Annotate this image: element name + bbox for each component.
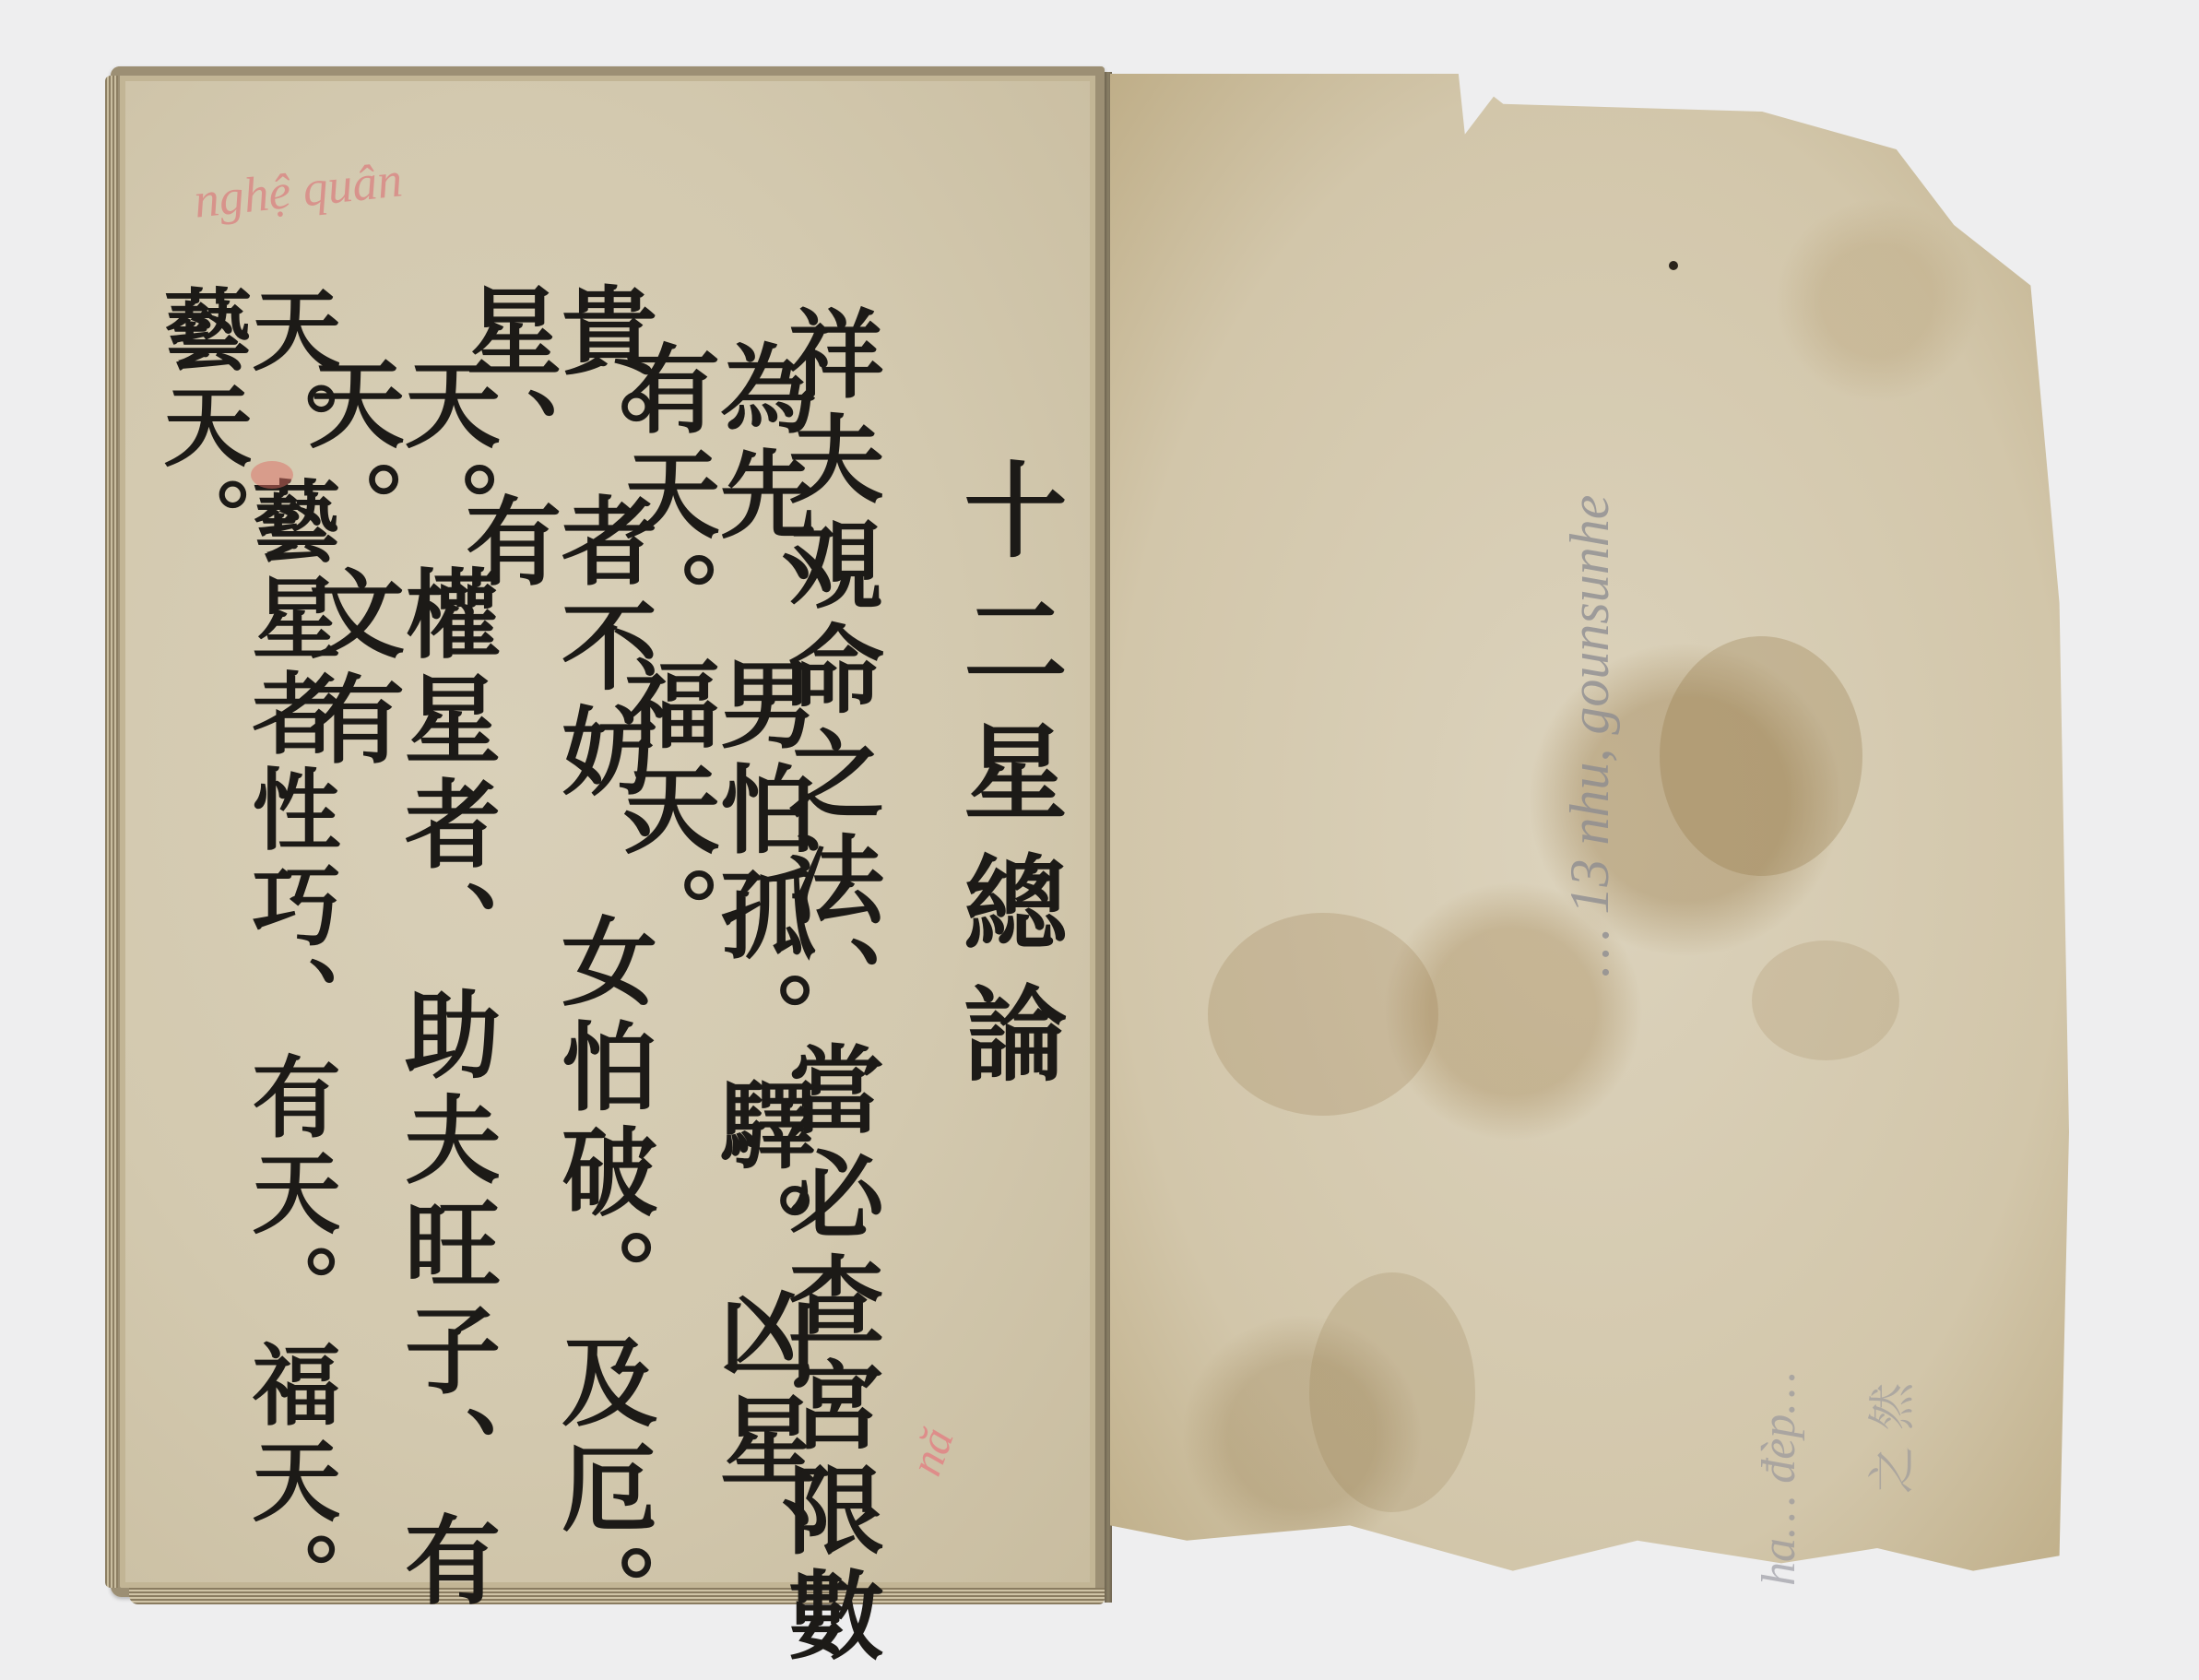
water-stain [1660, 636, 1862, 876]
water-stain [1752, 941, 1899, 1060]
pencil-annotation-chars: 之 然 [1853, 1382, 1922, 1494]
manuscript-spread: 十二星總論 祥夫覌命之法、當必查宮限數 為先、男怕孤。驛。凶星、有天。福天。 貴… [0, 0, 2199, 1680]
pencil-annotation-lower: ha… đèp… [1752, 1371, 1806, 1586]
text-column-5: 天。藝星者性巧、有天。福天。藝天。 [157, 284, 334, 1680]
ink-dot [1669, 261, 1678, 270]
red-smudge [251, 461, 293, 489]
section-title: 十二星總論 [955, 456, 1058, 1111]
water-stain [1208, 913, 1438, 1116]
water-stain [1309, 1272, 1475, 1512]
pencil-annotation-main: … 13 nhu, gounsunhe [1558, 495, 1622, 977]
